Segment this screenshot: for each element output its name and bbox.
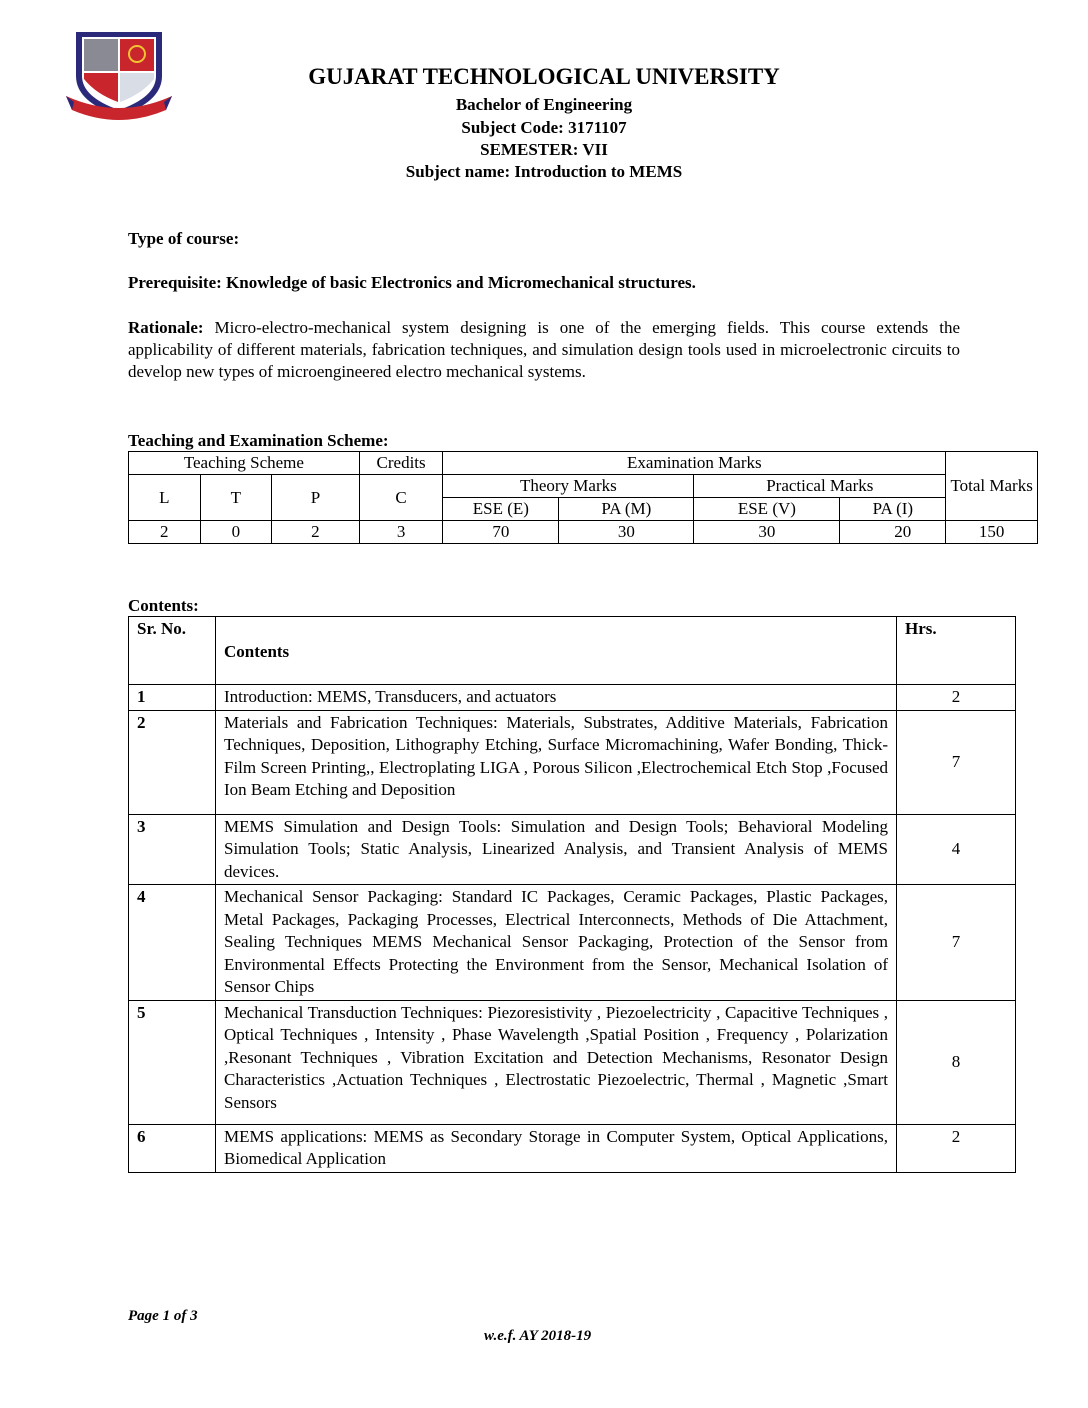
row-number: 5 <box>129 1000 216 1124</box>
rationale: Rationale: Micro-electro-mechanical syst… <box>128 317 960 383</box>
row-content: MEMS applications: MEMS as Secondary Sto… <box>216 1124 897 1172</box>
row-content: Introduction: MEMS, Transducers, and act… <box>216 685 897 711</box>
l-header: L <box>129 475 201 521</box>
hrs-header: Hrs. <box>897 617 1016 685</box>
pa-i-header: PA (I) <box>840 498 946 521</box>
total-marks-header: Total Marks <box>946 452 1038 521</box>
prerequisite: Prerequisite: Knowledge of basic Electro… <box>128 273 696 293</box>
row-hours: 4 <box>897 814 1016 885</box>
table-row: 6 MEMS applications: MEMS as Secondary S… <box>129 1124 1016 1172</box>
t-value: 0 <box>200 521 272 544</box>
pa-m-header: PA (M) <box>559 498 694 521</box>
pa-m-value: 30 <box>559 521 694 544</box>
contents-table: Sr. No. Contents Hrs. 1 Introduction: ME… <box>128 616 1016 1173</box>
p-header: P <box>272 475 360 521</box>
practical-marks-header: Practical Marks <box>694 475 946 498</box>
scheme-title: Teaching and Examination Scheme: <box>128 431 389 451</box>
sr-no-header: Sr. No. <box>129 617 216 685</box>
ese-v-header: ESE (V) <box>694 498 840 521</box>
row-hours: 7 <box>897 885 1016 1001</box>
semester: SEMESTER: VII <box>0 139 1088 161</box>
row-hours: 8 <box>897 1000 1016 1124</box>
subject-name: Subject name: Introduction to MEMS <box>0 161 1088 183</box>
row-hours: 2 <box>897 1124 1016 1172</box>
row-content: Mechanical Transduction Techniques: Piez… <box>216 1000 897 1124</box>
pa-i-value: 20 <box>840 521 946 544</box>
l-value: 2 <box>129 521 201 544</box>
effective-year: w.e.f. AY 2018-19 <box>484 1328 591 1345</box>
total-value: 150 <box>946 521 1038 544</box>
subject-code: Subject Code: 3171107 <box>0 117 1088 139</box>
teaching-scheme-header: Teaching Scheme <box>129 452 360 475</box>
type-of-course-label: Type of course: <box>128 229 239 249</box>
row-number: 3 <box>129 814 216 885</box>
row-content: Materials and Fabrication Techniques: Ma… <box>216 710 897 814</box>
table-row: 4 Mechanical Sensor Packaging: Standard … <box>129 885 1016 1001</box>
exam-marks-header: Examination Marks <box>443 452 946 475</box>
theory-marks-header: Theory Marks <box>443 475 694 498</box>
ese-e-header: ESE (E) <box>443 498 559 521</box>
teaching-exam-scheme-table: Teaching Scheme Credits Examination Mark… <box>128 451 1038 544</box>
row-number: 4 <box>129 885 216 1001</box>
row-number: 2 <box>129 710 216 814</box>
row-hours: 2 <box>897 685 1016 711</box>
row-number: 1 <box>129 685 216 711</box>
ese-e-value: 70 <box>443 521 559 544</box>
table-row: 2 Materials and Fabrication Techniques: … <box>129 710 1016 814</box>
contents-title: Contents: <box>128 596 199 616</box>
page-number: Page 1 of 3 <box>128 1308 198 1325</box>
credits-header: Credits <box>359 452 443 475</box>
ese-v-value: 30 <box>694 521 840 544</box>
rationale-label: Rationale: <box>128 318 204 337</box>
row-content: MEMS Simulation and Design Tools: Simula… <box>216 814 897 885</box>
row-number: 6 <box>129 1124 216 1172</box>
rationale-text: Micro-electro-mechanical system designin… <box>128 318 960 381</box>
c-value: 3 <box>359 521 443 544</box>
degree-name: Bachelor of Engineering <box>0 94 1088 116</box>
contents-header: Contents <box>216 617 897 685</box>
table-row: 3 MEMS Simulation and Design Tools: Simu… <box>129 814 1016 885</box>
c-header: C <box>359 475 443 521</box>
university-title: GUJARAT TECHNOLOGICAL UNIVERSITY <box>0 64 1088 90</box>
t-header: T <box>200 475 272 521</box>
row-hours: 7 <box>897 710 1016 814</box>
p-value: 2 <box>272 521 360 544</box>
table-row: 1 Introduction: MEMS, Transducers, and a… <box>129 685 1016 711</box>
table-row: 5 Mechanical Transduction Techniques: Pi… <box>129 1000 1016 1124</box>
row-content: Mechanical Sensor Packaging: Standard IC… <box>216 885 897 1001</box>
